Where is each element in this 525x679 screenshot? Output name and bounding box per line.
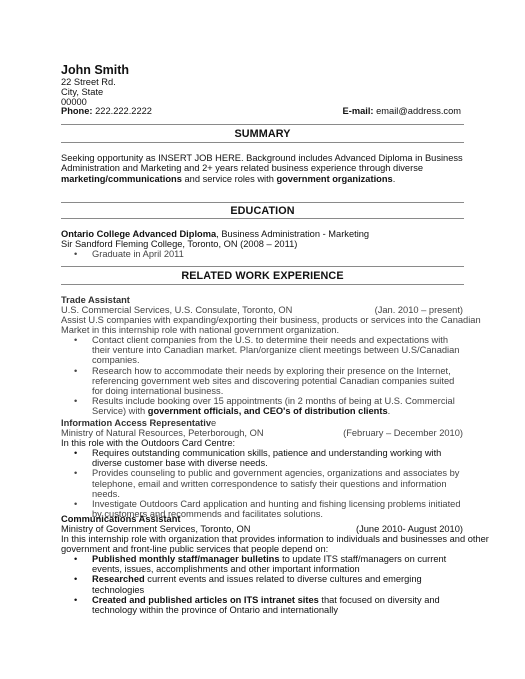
job-title: Trade Assistant — [61, 295, 130, 305]
bullet-bold: Researched — [92, 574, 145, 584]
job-title: Communications Assistant — [61, 514, 181, 524]
school-line: Sir Sandford Fleming College, Toronto, O… — [61, 239, 297, 249]
list-item: Results include booking over 15 appointm… — [61, 396, 466, 416]
job-dates: (June 2010- August 2010) — [356, 524, 463, 534]
phone-line: Phone: 222.222.2222 — [61, 106, 152, 116]
job-org: Ministry of Natural Resources, Peterboro… — [61, 428, 264, 438]
list-item: Research how to accommodate their needs … — [61, 366, 466, 397]
list-item: Provides counseling to public and govern… — [61, 468, 466, 499]
email-label: E-mail: — [343, 106, 374, 116]
job-dates: (Jan. 2010 – present) — [375, 305, 463, 315]
email-address[interactable]: email@address.com — [374, 106, 461, 116]
candidate-name: John Smith — [61, 63, 129, 77]
list-item: Graduate in April 2011 — [61, 249, 466, 259]
job-desc: government and front-line public service… — [61, 544, 328, 554]
job-org: U.S. Commercial Services, U.S. Consulate… — [61, 305, 292, 315]
degree-program: , Business Administration - Marketing — [216, 229, 369, 239]
email-line: E-mail: email@address.com — [343, 106, 461, 116]
job-title: Information Access Representative — [61, 418, 216, 428]
divider — [61, 202, 464, 203]
bullet-bold: Created and published articles on ITS in… — [92, 595, 319, 605]
list-item: Created and published articles on ITS in… — [61, 595, 466, 615]
summary-text-part: . — [393, 174, 396, 184]
job-bullets: Published monthly staff/manager bulletin… — [61, 554, 466, 615]
list-item: Researched current events and issues rel… — [61, 574, 466, 594]
divider — [61, 142, 464, 143]
phone-number: 222.222.2222 — [93, 106, 152, 116]
degree-name: Ontario College Advanced Diploma — [61, 229, 216, 239]
divider — [61, 218, 464, 219]
education-bullets: Graduate in April 2011 — [61, 249, 466, 259]
divider — [61, 284, 464, 285]
list-item: Contact client companies from the U.S. t… — [61, 335, 466, 366]
job-org: Ministry of Government Services, Toronto… — [61, 524, 250, 534]
summary-line: marketing/communications and service rol… — [61, 174, 466, 184]
bullet-bold: Published monthly staff/manager bulletin… — [92, 554, 280, 564]
divider — [61, 124, 464, 125]
summary-bold: marketing/communications — [61, 174, 182, 184]
job-bullets: Requires outstanding communication skill… — [61, 448, 466, 519]
job-dates: (February – December 2010) — [343, 428, 463, 438]
bullet-text: . — [388, 406, 391, 416]
job-desc: Market in this internship role with nati… — [61, 325, 339, 335]
address-line-1: 22 Street Rd. — [61, 77, 116, 87]
summary-line: Seeking opportunity as INSERT JOB HERE. … — [61, 153, 466, 163]
summary-text-part: and service roles with — [182, 174, 277, 184]
summary-text: Seeking opportunity as INSERT JOB HERE. … — [61, 153, 466, 184]
phone-label: Phone: — [61, 106, 93, 116]
address-line-2: City, State — [61, 87, 103, 97]
job-bullets: Contact client companies from the U.S. t… — [61, 335, 466, 417]
job-title-text: Information Access Representativ — [61, 418, 211, 428]
education-heading: EDUCATION — [61, 205, 464, 217]
divider — [61, 266, 464, 267]
job-desc: In this internship role with organizatio… — [61, 534, 489, 544]
list-item: Published monthly staff/manager bulletin… — [61, 554, 466, 574]
bullet-bold: government officials, and CEO's of distr… — [148, 406, 388, 416]
job-desc: In this role with the Outdoors Card Cent… — [61, 438, 235, 448]
experience-heading: RELATED WORK EXPERIENCE — [61, 270, 464, 282]
list-item: Requires outstanding communication skill… — [61, 448, 466, 468]
job-title-tail: e — [211, 418, 216, 428]
summary-bold: government organizations — [276, 174, 392, 184]
job-desc: Assist U.S companies with expanding/expo… — [61, 315, 481, 325]
degree-line: Ontario College Advanced Diploma, Busine… — [61, 229, 369, 239]
summary-line: Administration and Marketing and 2+ year… — [61, 163, 466, 173]
summary-heading: SUMMARY — [61, 128, 464, 140]
